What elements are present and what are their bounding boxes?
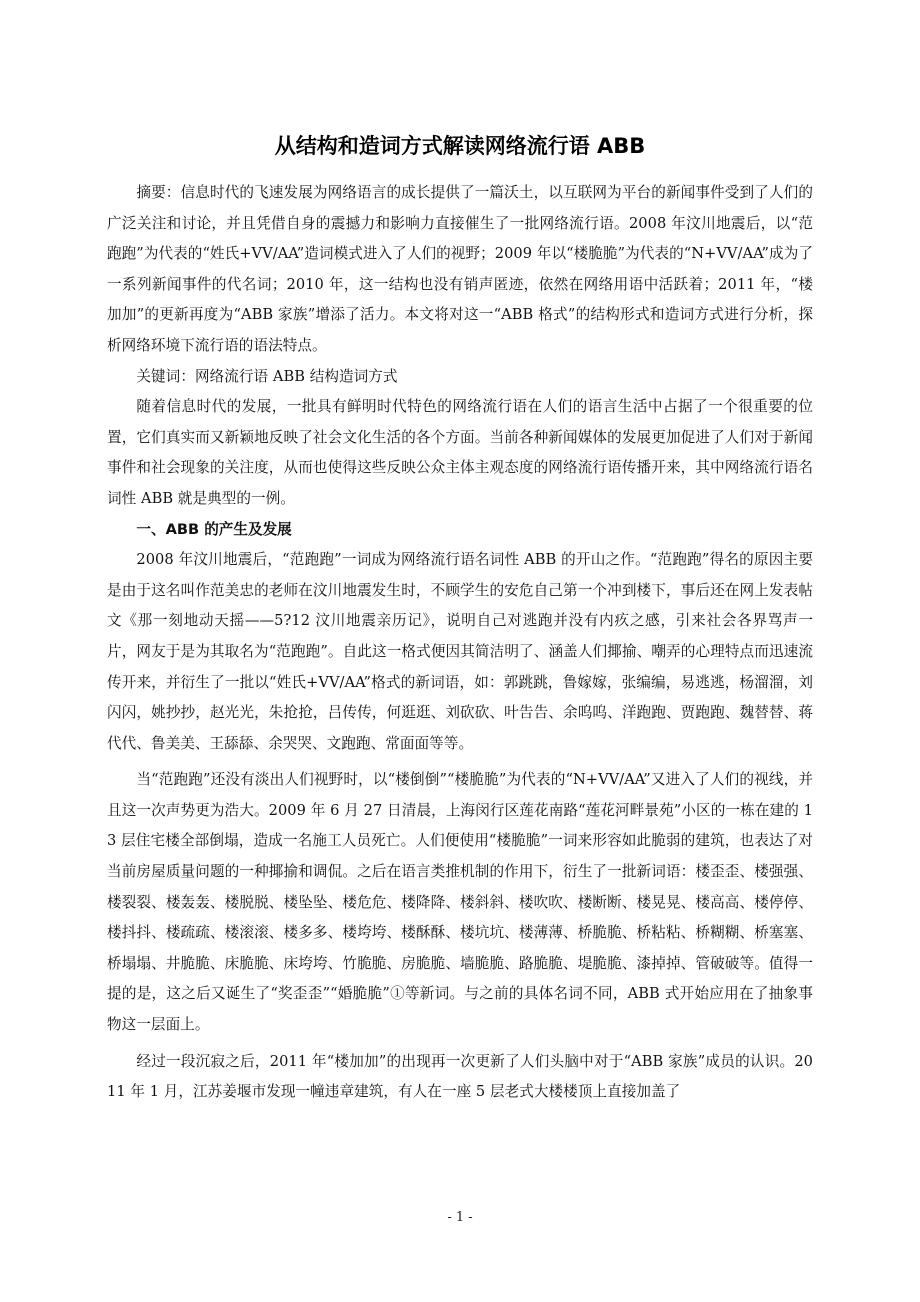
page-number: - 1 -	[107, 1210, 813, 1225]
keywords-paragraph: 关键词：网络流行语 ABB 结构造词方式	[107, 362, 813, 393]
section-paragraph-2: 当“范跑跑”还没有淡出人们视野时，以“楼倒倒”“楼脆脆”为代表的“N+VV/AA…	[107, 765, 813, 1040]
section-heading: 一、ABB 的产生及发展	[107, 515, 813, 546]
document-title: 从结构和造词方式解读网络流行语 ABB	[107, 130, 813, 160]
section-paragraph-3: 经过一段沉寂之后，2011 年“楼加加”的出现再一次更新了人们头脑中对于“ABB…	[107, 1047, 813, 1108]
intro-paragraph: 随着信息时代的发展，一批具有鲜明时代特色的网络流行语在人们的语言生活中占据了一个…	[107, 392, 813, 514]
document-body: 摘要：信息时代的飞速发展为网络语言的成长提供了一篇沃土，以互联网为平台的新闻事件…	[107, 178, 813, 1108]
abstract-paragraph: 摘要：信息时代的飞速发展为网络语言的成长提供了一篇沃土，以互联网为平台的新闻事件…	[107, 178, 813, 362]
section-paragraph-1: 2008 年汶川地震后，“范跑跑”一词成为网络流行语名词性 ABB 的开山之作。…	[107, 545, 813, 759]
